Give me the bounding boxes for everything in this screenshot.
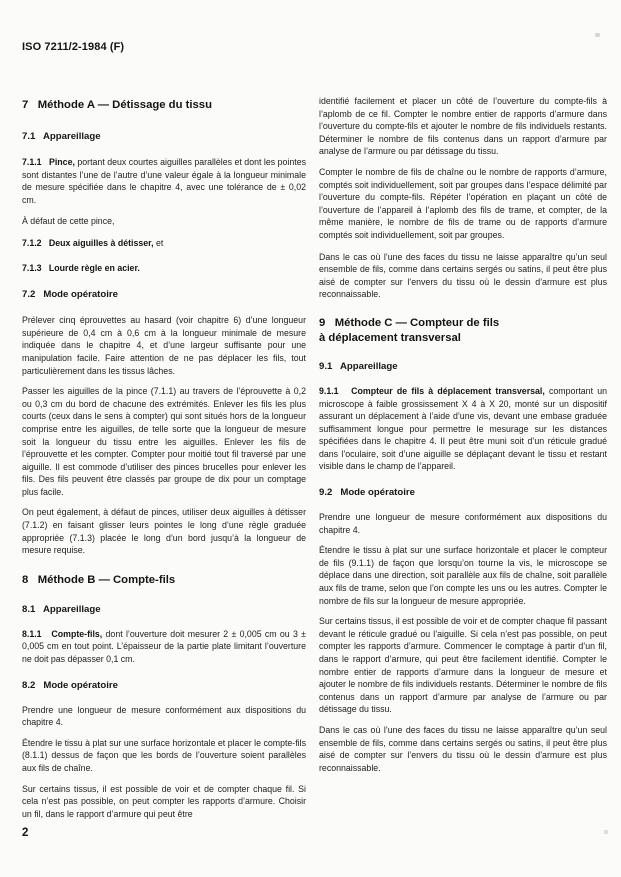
section-8-2-heading: 8.2 Mode opératoire [22, 679, 306, 692]
clause-7-1-3-label: 7.1.3 Lourde règle en acier. [22, 263, 140, 273]
clause-8-1-1-label: 8.1.1 Compte-fils, [22, 629, 102, 639]
section-7-1-heading: 7.1 Appareillage [22, 130, 306, 143]
section-8-heading: 8 Méthode B — Compte-fils [22, 573, 306, 588]
section-9-2-heading: 9.2 Mode opératoire [319, 486, 607, 499]
section-8-2-paragraph-6: Dans le cas où l’une des faces du tissu … [319, 251, 607, 301]
section-7-2-paragraph-2: Passer les aiguilles de la pince (7.1.1)… [22, 385, 306, 498]
section-7-2-heading: 7.2 Mode opératoire [22, 288, 306, 301]
doc-reference: ISO 7211/2-1984 (F) [22, 41, 124, 53]
section-8-2-continuation-paragraph: identifié facilement et placer un côté d… [319, 95, 607, 158]
default-pince-paragraph: À défaut de cette pince, [22, 215, 306, 228]
clause-9-1-1-label: 9.1.1 Compteur de fils à déplacement tra… [319, 386, 545, 396]
clause-9-1-1-paragraph: 9.1.1 Compteur de fils à déplacement tra… [319, 385, 607, 473]
section-7-2-paragraph-1: Prélever cinq éprouvettes au hasard (voi… [22, 314, 306, 377]
clause-7-1-3-paragraph: 7.1.3 Lourde règle en acier. [22, 262, 306, 275]
clause-7-1-2-paragraph: 7.1.2 Deux aiguilles à détisser, et [22, 237, 306, 250]
scan-artifact [604, 830, 608, 834]
left-column: 7 Méthode A — Détissage du tissu 7.1 App… [22, 92, 306, 820]
section-9-2-paragraph-1: Prendre une longueur de mesure conformém… [319, 511, 607, 536]
section-8-2-paragraph-2: Étendre le tissu à plat sur une surface … [22, 737, 306, 775]
section-8-2-paragraph-1: Prendre une longueur de mesure conformém… [22, 704, 306, 729]
section-8-2-paragraph-3: Sur certains tissus, il est possible de … [22, 783, 306, 821]
right-column: identifié facilement et placer un côté d… [319, 92, 607, 820]
section-9-1-heading: 9.1 Appareillage [319, 360, 607, 373]
section-7-heading: 7 Méthode A — Détissage du tissu [22, 98, 306, 113]
section-9-2-paragraph-2: Étendre le tissu à plat sur une surface … [319, 544, 607, 607]
clause-7-1-2-text: et [154, 238, 164, 248]
section-9-heading: 9 Méthode C — Compteur de filsà déplacem… [319, 316, 607, 346]
section-9-heading-line-1: 9 Méthode C — Compteur de fils [319, 316, 607, 331]
clause-7-1-2-label: 7.1.2 Deux aiguilles à détisser, [22, 238, 154, 248]
section-9-heading-line-2: à déplacement transversal [319, 331, 607, 346]
section-9-2-paragraph-3: Sur certains tissus, il est possible de … [319, 615, 607, 716]
clause-8-1-1-paragraph: 8.1.1 Compte-fils, dont l’ouverture doit… [22, 628, 306, 666]
clause-9-1-1-text: comportant un microscope à faible grossi… [319, 386, 607, 472]
clause-7-1-1-paragraph: 7.1.1 Pince, portant deux courtes aiguil… [22, 156, 306, 206]
clause-7-1-1-label: 7.1.1 Pince, [22, 157, 75, 167]
scan-artifact [595, 33, 600, 37]
page-number: 2 [22, 827, 28, 839]
section-8-1-heading: 8.1 Appareillage [22, 603, 306, 616]
two-column-layout: 7 Méthode A — Détissage du tissu 7.1 App… [22, 92, 607, 820]
section-7-2-paragraph-3: On peut également, à défaut de pinces, u… [22, 506, 306, 556]
section-8-2-paragraph-5: Compter le nombre de fils de chaîne ou l… [319, 166, 607, 242]
document-page: ISO 7211/2-1984 (F) 7 Méthode A — Détiss… [0, 0, 621, 877]
section-9-2-paragraph-4: Dans le cas où l’une des faces du tissu … [319, 724, 607, 774]
